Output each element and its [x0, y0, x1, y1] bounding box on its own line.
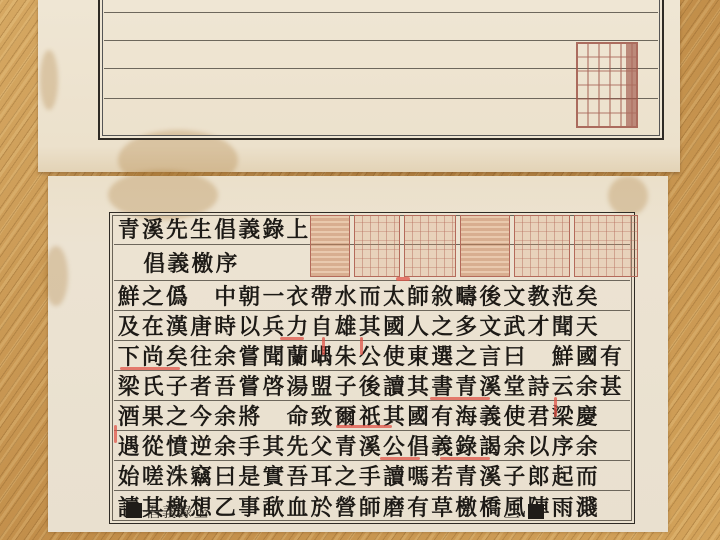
fish-tail-mark-left [126, 503, 142, 518]
red-annotation-mark [280, 337, 304, 340]
red-annotation-mark [336, 425, 392, 428]
water-stain [44, 246, 68, 306]
red-annotation-mark [440, 457, 490, 460]
fish-tail-mark-right [528, 504, 544, 519]
red-annotation-mark [554, 397, 557, 417]
lower-book-page: 青溪先生倡義錄上 倡義檄序 鮮之僞 中朝一衣帶水而太師敘疇後文教范矣 及在漢唐時… [48, 176, 668, 532]
text-line: 遇從憤逆余手其先父青溪公倡義錄謁余以序余 [114, 430, 600, 461]
water-stain [40, 50, 58, 110]
text-line: 梁氏子者吾嘗啓湯盟子後讀其書青溪堂詩云余甚 [114, 370, 624, 401]
footer-label: 倡義錄上 [146, 502, 210, 522]
text-line: 及在漢唐時以兵力自雄其國人之多文武才聞天 [114, 310, 600, 341]
red-annotation-mark [396, 277, 410, 281]
ruled-line [104, 40, 658, 41]
text-row-7: 始嗟洙竊曰是實吾耳之手讀嗎若青溪子郎起而 [114, 461, 630, 491]
red-annotation-mark [430, 397, 490, 400]
seal-stamp-6 [574, 215, 638, 277]
seal-stamps [310, 215, 638, 281]
upper-book-page [38, 0, 680, 172]
ruled-line [104, 68, 658, 69]
page-number: 一 [504, 506, 522, 529]
text-row-6: 遇從憤逆余手其先父青溪公倡義錄謁余以序余 [114, 431, 630, 461]
text-row-4: 梁氏子者吾嘗啓湯盟子後讀其書青溪堂詩云余甚 [114, 371, 630, 401]
text-row-2: 及在漢唐時以兵力自雄其國人之多文武才聞天 [114, 311, 630, 341]
text-line: 鮮之僞 中朝一衣帶水而太師敘疇後文教范矣 [114, 280, 600, 311]
water-stain [608, 176, 648, 216]
text-frame: 青溪先生倡義錄上 倡義檄序 鮮之僞 中朝一衣帶水而太師敘疇後文教范矣 及在漢唐時… [109, 212, 635, 524]
ruled-line [104, 98, 658, 99]
red-annotation-mark [360, 337, 363, 355]
text-line: 下尚矣往余嘗聞蘭嵎朱公使東選之言曰 鮮國有 [114, 340, 624, 371]
red-annotation-mark [380, 457, 420, 460]
text-line: 始嗟洙竊曰是實吾耳之手讀嗎若青溪子郎起而 [114, 460, 600, 491]
seal-stamp-3 [404, 215, 456, 277]
text-row-3: 下尚矣往余嘗聞蘭嵎朱公使東選之言曰 鮮國有 [114, 341, 630, 371]
text-row-1: 鮮之僞 中朝一衣帶水而太師敘疇後文教范矣 [114, 281, 630, 311]
red-seal-stamp [576, 42, 638, 128]
preface-title: 倡義檄序 [114, 247, 240, 278]
seal-stamp-4 [460, 215, 510, 277]
red-annotation-mark [114, 425, 117, 443]
red-annotation-mark [322, 337, 325, 355]
red-annotation-mark [120, 367, 180, 370]
seal-stamp-5 [514, 215, 570, 277]
seal-stamp-1 [310, 215, 350, 277]
seal-stamp-2 [354, 215, 400, 277]
ruled-line [104, 12, 658, 13]
book-title: 青溪先生倡義錄上 [114, 213, 311, 244]
